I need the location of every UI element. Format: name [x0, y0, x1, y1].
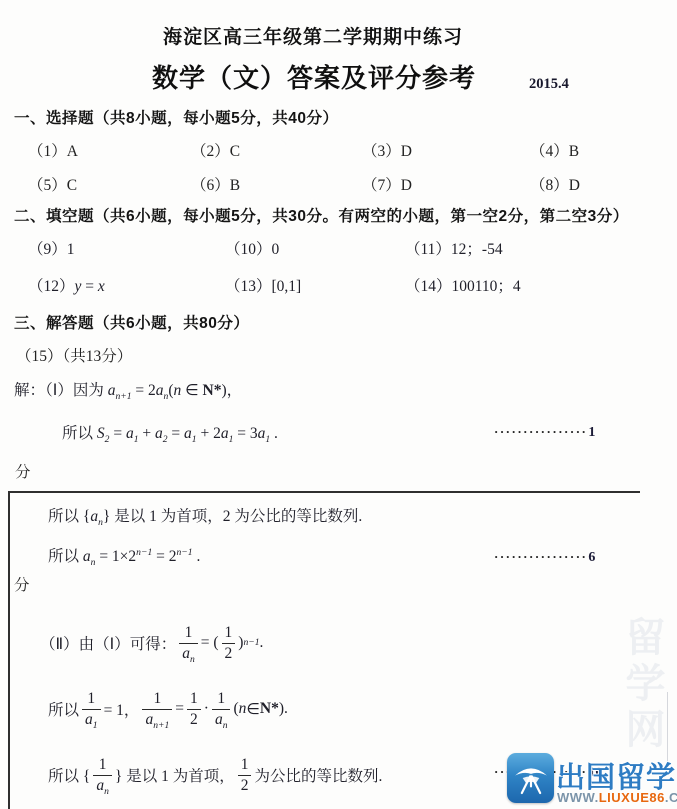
score-value: 1	[588, 425, 595, 440]
choice-answer-8: （8）D	[530, 173, 580, 195]
watermark-site-url: WWW.LIUXUE86.COM	[557, 790, 677, 805]
solution-line-7: （Ⅱ）由（Ⅰ）可得： 1an = (12)n−1 .	[40, 620, 263, 666]
choice-answer-4: （4）B	[530, 139, 579, 161]
choice-answer-2: （2）C	[191, 139, 240, 161]
blank-answer-9: （9）1	[28, 237, 75, 259]
solution-line-2: 所以 S2 = a1 + a2 = a1 + 2a1 = 3a1 .	[62, 421, 278, 443]
section-heading-blank: 二、填空题（共6小题，每小题5分，共30分。有两空的小题，第一空2分，第二空3分…	[14, 204, 629, 226]
solution-line-9: 所以 {1an} 是以 1 为首项， 12 为公比的等比数列.	[48, 750, 382, 800]
solution-line-8: 所以 1a1 = 1， 1an+1 = 12 · 1an(n ∈ N*).	[48, 686, 288, 732]
fen-wrap-label-1: 分	[15, 460, 31, 482]
fen-wrap-label-2: 分	[14, 573, 30, 595]
section-heading-choice: 一、选择题（共8小题，每小题5分，共40分）	[14, 106, 338, 128]
dots-leader: ················	[494, 424, 587, 439]
score-dots-1: ················1	[494, 424, 595, 441]
choice-answer-3: （3）D	[362, 139, 412, 161]
liuxue-logo-icon	[507, 753, 554, 803]
exam-title: 数学（文）答案及评分参考	[152, 58, 476, 95]
solution-line-5: 所以 an = 1×2n−1 = 2n−1 .	[48, 544, 200, 566]
exam-date: 2015.4	[529, 76, 569, 93]
blank-answer-10: （10）0	[225, 237, 279, 259]
page-edge-line	[667, 692, 668, 764]
choice-answer-5: （5）C	[28, 173, 77, 195]
url-www: WWW.	[557, 790, 599, 805]
score-dots-2: ················6	[494, 549, 595, 566]
url-domain: LIUXUE86	[599, 790, 665, 805]
umbrella-glyph	[511, 758, 551, 798]
scanned-answer-sheet: 海淀区高三年级第二学期期中练习 数学（文）答案及评分参考 2015.4 一、选择…	[0, 0, 677, 809]
q15-title: （15）（共13分）	[16, 344, 132, 366]
choice-answer-7: （7）D	[362, 173, 412, 195]
blank-answer-12: （12）y = x	[28, 274, 105, 296]
url-tld: .COM	[665, 790, 677, 805]
page-title: 海淀区高三年级第二学期期中练习	[163, 22, 463, 49]
score-value: 6	[588, 550, 595, 565]
choice-answer-6: （6）B	[191, 173, 240, 195]
blank-answer-11: （11）12；-54	[405, 237, 503, 259]
ghost-watermark: 留学网	[614, 616, 671, 754]
section-heading-solution: 三、解答题（共6小题，共80分）	[14, 311, 249, 333]
solution-line-4: 所以 {an} 是以 1 为首项，2 为公比的等比数列.	[48, 504, 362, 526]
choice-answer-1: （1）A	[28, 139, 78, 161]
blank-answer-13: （13）[0,1]	[225, 274, 301, 296]
blank-answer-14: （14）100110；4	[405, 274, 521, 296]
dots-leader: ················	[494, 549, 587, 564]
solution-line-1: 解：（Ⅰ）因为 an+1 = 2an(n ∈ N*)，	[14, 378, 242, 400]
